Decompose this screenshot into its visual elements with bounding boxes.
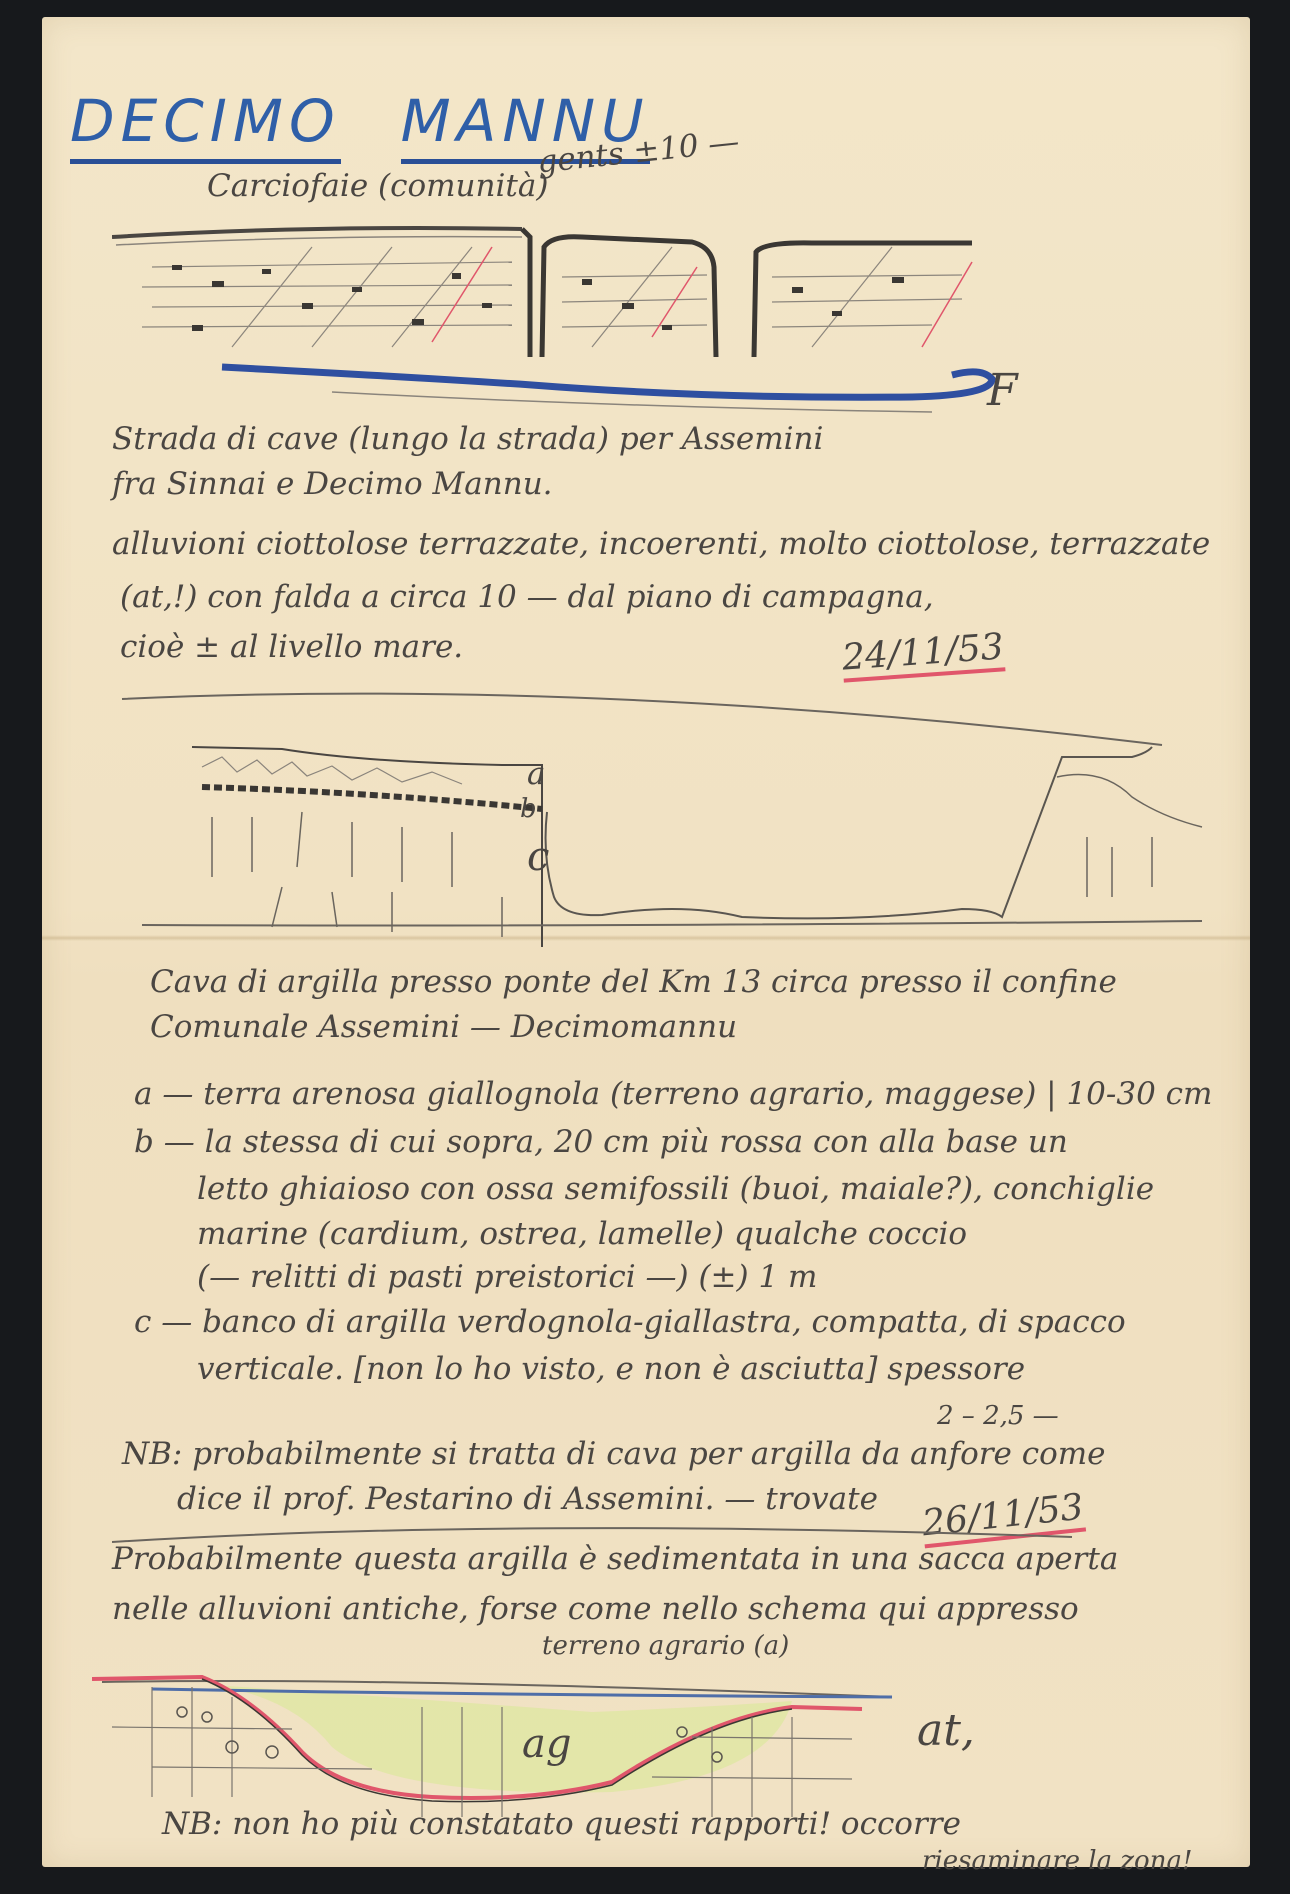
section1-note-line: Strada di cave (lungo la strada) per Ass… [112,422,823,456]
legend-key: a [134,1076,152,1112]
section1-note-line: fra Sinnai e Decimo Mannu. [112,467,553,501]
thickness-note: 2 – 2,5 — [937,1402,1059,1431]
sketch1-label-f: F [987,367,1018,415]
section1-note-line: alluvioni ciottolose terrazzate, incoere… [112,527,1210,561]
legend-row-b: b — la stessa di cui sopra, 20 cm più ro… [134,1125,1068,1159]
section1-note-line: (at,!) con falda a circa 10 — dal piano … [120,580,934,614]
nb-line: NB: probabilmente si tratta di cava per … [122,1437,1106,1471]
legend-text: — banco di argilla verdognola-giallastra… [161,1304,1125,1340]
legend-text: — terra arenosa giallognola (terreno agr… [162,1076,1212,1112]
section1-note-line: cioè ± al livello mare. [120,630,463,664]
profile-caption-line: Comunale Assemini — Decimomannu [150,1010,737,1044]
legend-text: — la stessa di cui sopra, 20 cm più ross… [164,1124,1068,1160]
profile-label-c: c [527,835,549,879]
profile-label-a: a [527,757,545,791]
legend-row-cont: (— relitti di pasti preistorici —) (±) 1… [197,1260,817,1294]
date-text: 24/11/53 [841,626,1005,682]
legend-row-a: a — terra arenosa giallognola (terreno a… [134,1077,1212,1111]
schema-label-at: at, [917,1707,975,1755]
profile-label-b: b [520,795,537,824]
final-note-line: NB: non ho più constatato questi rapport… [162,1807,961,1841]
notebook-page: DECIMOMANNU Carciofaie (comunità) gents … [42,17,1250,1867]
legend-row-cont: marine (cardium, ostrea, lamelle) qualch… [197,1217,967,1251]
section3-note-line: Probabilmente questa argilla è sedimenta… [112,1542,1118,1576]
final-note-line: riesaminare la zona! [922,1847,1192,1876]
nb-line: dice il prof. Pestarino di Assemini. — t… [177,1482,878,1516]
title-word-decimo: DECIMO [70,87,341,164]
legend-row-cont: letto ghiaioso con ossa semifossili (buo… [197,1172,1154,1206]
sketch1-caption: Carciofaie (comunità) [207,169,548,203]
legend-row-cont: verticale. [non lo ho visto, e non è asc… [197,1352,1025,1386]
legend-key: c [134,1304,151,1340]
clay-pit-profile-sketch [102,677,1252,947]
legend-key: b [134,1124,154,1160]
schema-label-ag: ag [522,1722,571,1766]
section1-date: 24/11/53 [841,626,1005,678]
quarry-pits-sketch [112,207,1012,437]
profile-caption-line: Cava di argilla presso ponte del Km 13 c… [150,965,1117,999]
section3-note-line: nelle alluvioni antiche, forse come nell… [112,1592,1079,1626]
legend-row-c: c — banco di argilla verdognola-giallast… [134,1305,1126,1339]
